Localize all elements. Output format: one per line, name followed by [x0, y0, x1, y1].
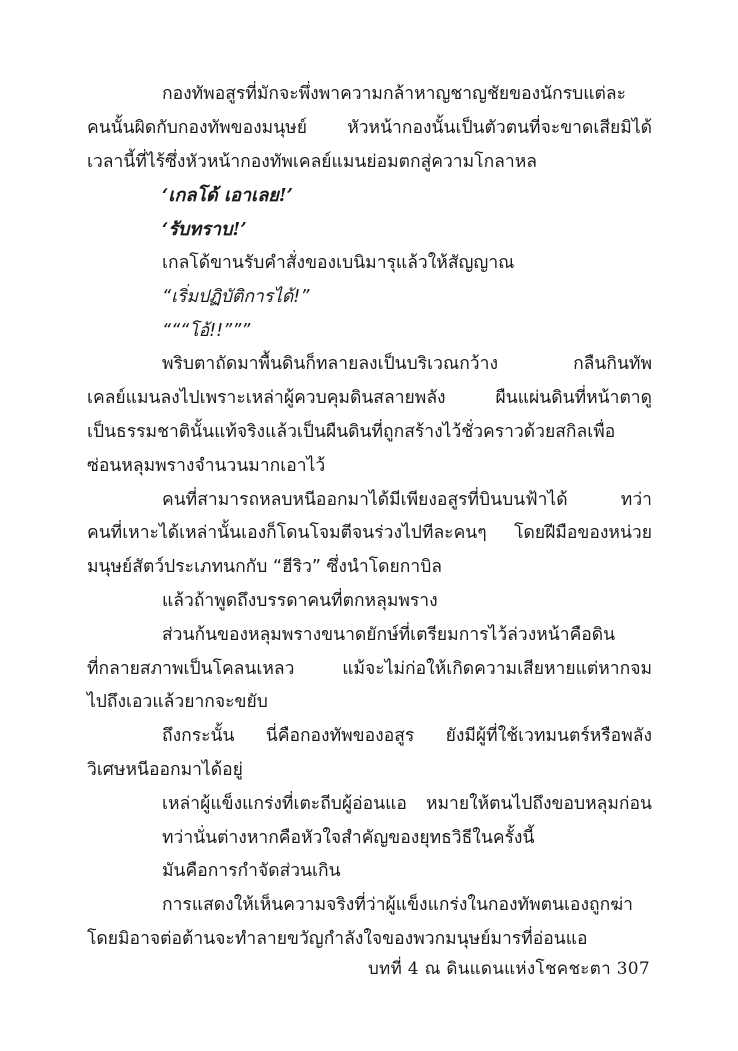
text-line: คนที่เหาะได้เหล่านั้นเองก็โดนโจมตีจนร่วง…	[87, 517, 652, 551]
text-line: เวลานี้ที่ไร้ซึ่งหัวหน้ากองทัพเคลย์แมนย่…	[87, 146, 652, 180]
text-line: วิเศษหนีออกมาได้อยู่	[87, 754, 652, 788]
text-line: คนนั้นผิดกับกองทัพของมนุษย์ หัวหน้ากองนั…	[87, 112, 652, 146]
text-line: ส่วนก้นของหลุมพรางขนาดยักษ์ที่เตรียมการไ…	[87, 619, 652, 653]
page-body: กองทัพอสูรที่มักจะพึ่งพาความกล้าหาญชาญชั…	[87, 78, 652, 957]
page-footer: บทที่ 4 ณ ดินแดนแห่งโชคชะตา 307	[368, 955, 650, 982]
dialogue-line: ‘เกลโด้ เอาเลย!’	[87, 179, 652, 213]
text-line: มันคือการกำจัดส่วนเกิน	[87, 855, 652, 889]
text-line: เหล่าผู้แข็งแกร่งที่เตะถีบผู้อ่อนแอ หมาย…	[87, 788, 652, 822]
text-line: เกลโด้ขานรับคำสั่งของเบนิมารุแล้วให้สัญญ…	[87, 247, 652, 281]
text-line: คนที่สามารถหลบหนีออกมาได้มีเพียงอสูรที่บ…	[87, 484, 652, 518]
text-line: เคลย์แมนลงไปเพราะเหล่าผู้ควบคุมดินสลายพล…	[87, 382, 652, 416]
text-line: เป็นธรรมชาตินั้นแท้จริงแล้วเป็นผืนดินที่…	[87, 416, 652, 450]
text-line: แล้วถ้าพูดถึงบรรดาคนที่ตกหลุมพราง	[87, 585, 652, 619]
text-line: พริบตาถัดมาพื้นดินก็ทลายลงเป็นบริเวณกว้า…	[87, 348, 652, 382]
text-line: การแสดงให้เห็นความจริงที่ว่าผู้แข็งแกร่ง…	[87, 889, 652, 923]
text-line: โดยมิอาจต่อต้านจะทำลายขวัญกำลังใจของพวกม…	[87, 923, 652, 957]
page-number: 307	[617, 959, 650, 979]
text-line: กองทัพอสูรที่มักจะพึ่งพาความกล้าหาญชาญชั…	[87, 78, 652, 112]
dialogue-line: “““โอ้!!”””	[87, 315, 652, 349]
text-line: ถึงกระนั้น นี่คือกองทัพของอสูร ยังมีผู้ท…	[87, 720, 652, 754]
chapter-title: บทที่ 4 ณ ดินแดนแห่งโชคชะตา	[368, 959, 611, 979]
text-line: ทว่านั่นต่างหากคือหัวใจสำคัญของยุทธวิธีใ…	[87, 822, 652, 856]
text-line: ซ่อนหลุมพรางจำนวนมากเอาไว้	[87, 450, 652, 484]
text-line: มนุษย์สัตว์ประเภทนกกับ “ฮีริว” ซึ่งนำโดย…	[87, 551, 652, 585]
dialogue-line: ‘รับทราบ!’	[87, 213, 652, 247]
text-line: ไปถึงเอวแล้วยากจะขยับ	[87, 686, 652, 720]
text-line: ที่กลายสภาพเป็นโคลนเหลว แม้จะไม่ก่อให้เก…	[87, 653, 652, 687]
dialogue-line: “เริ่มปฏิบัติการได้!”	[87, 281, 652, 315]
